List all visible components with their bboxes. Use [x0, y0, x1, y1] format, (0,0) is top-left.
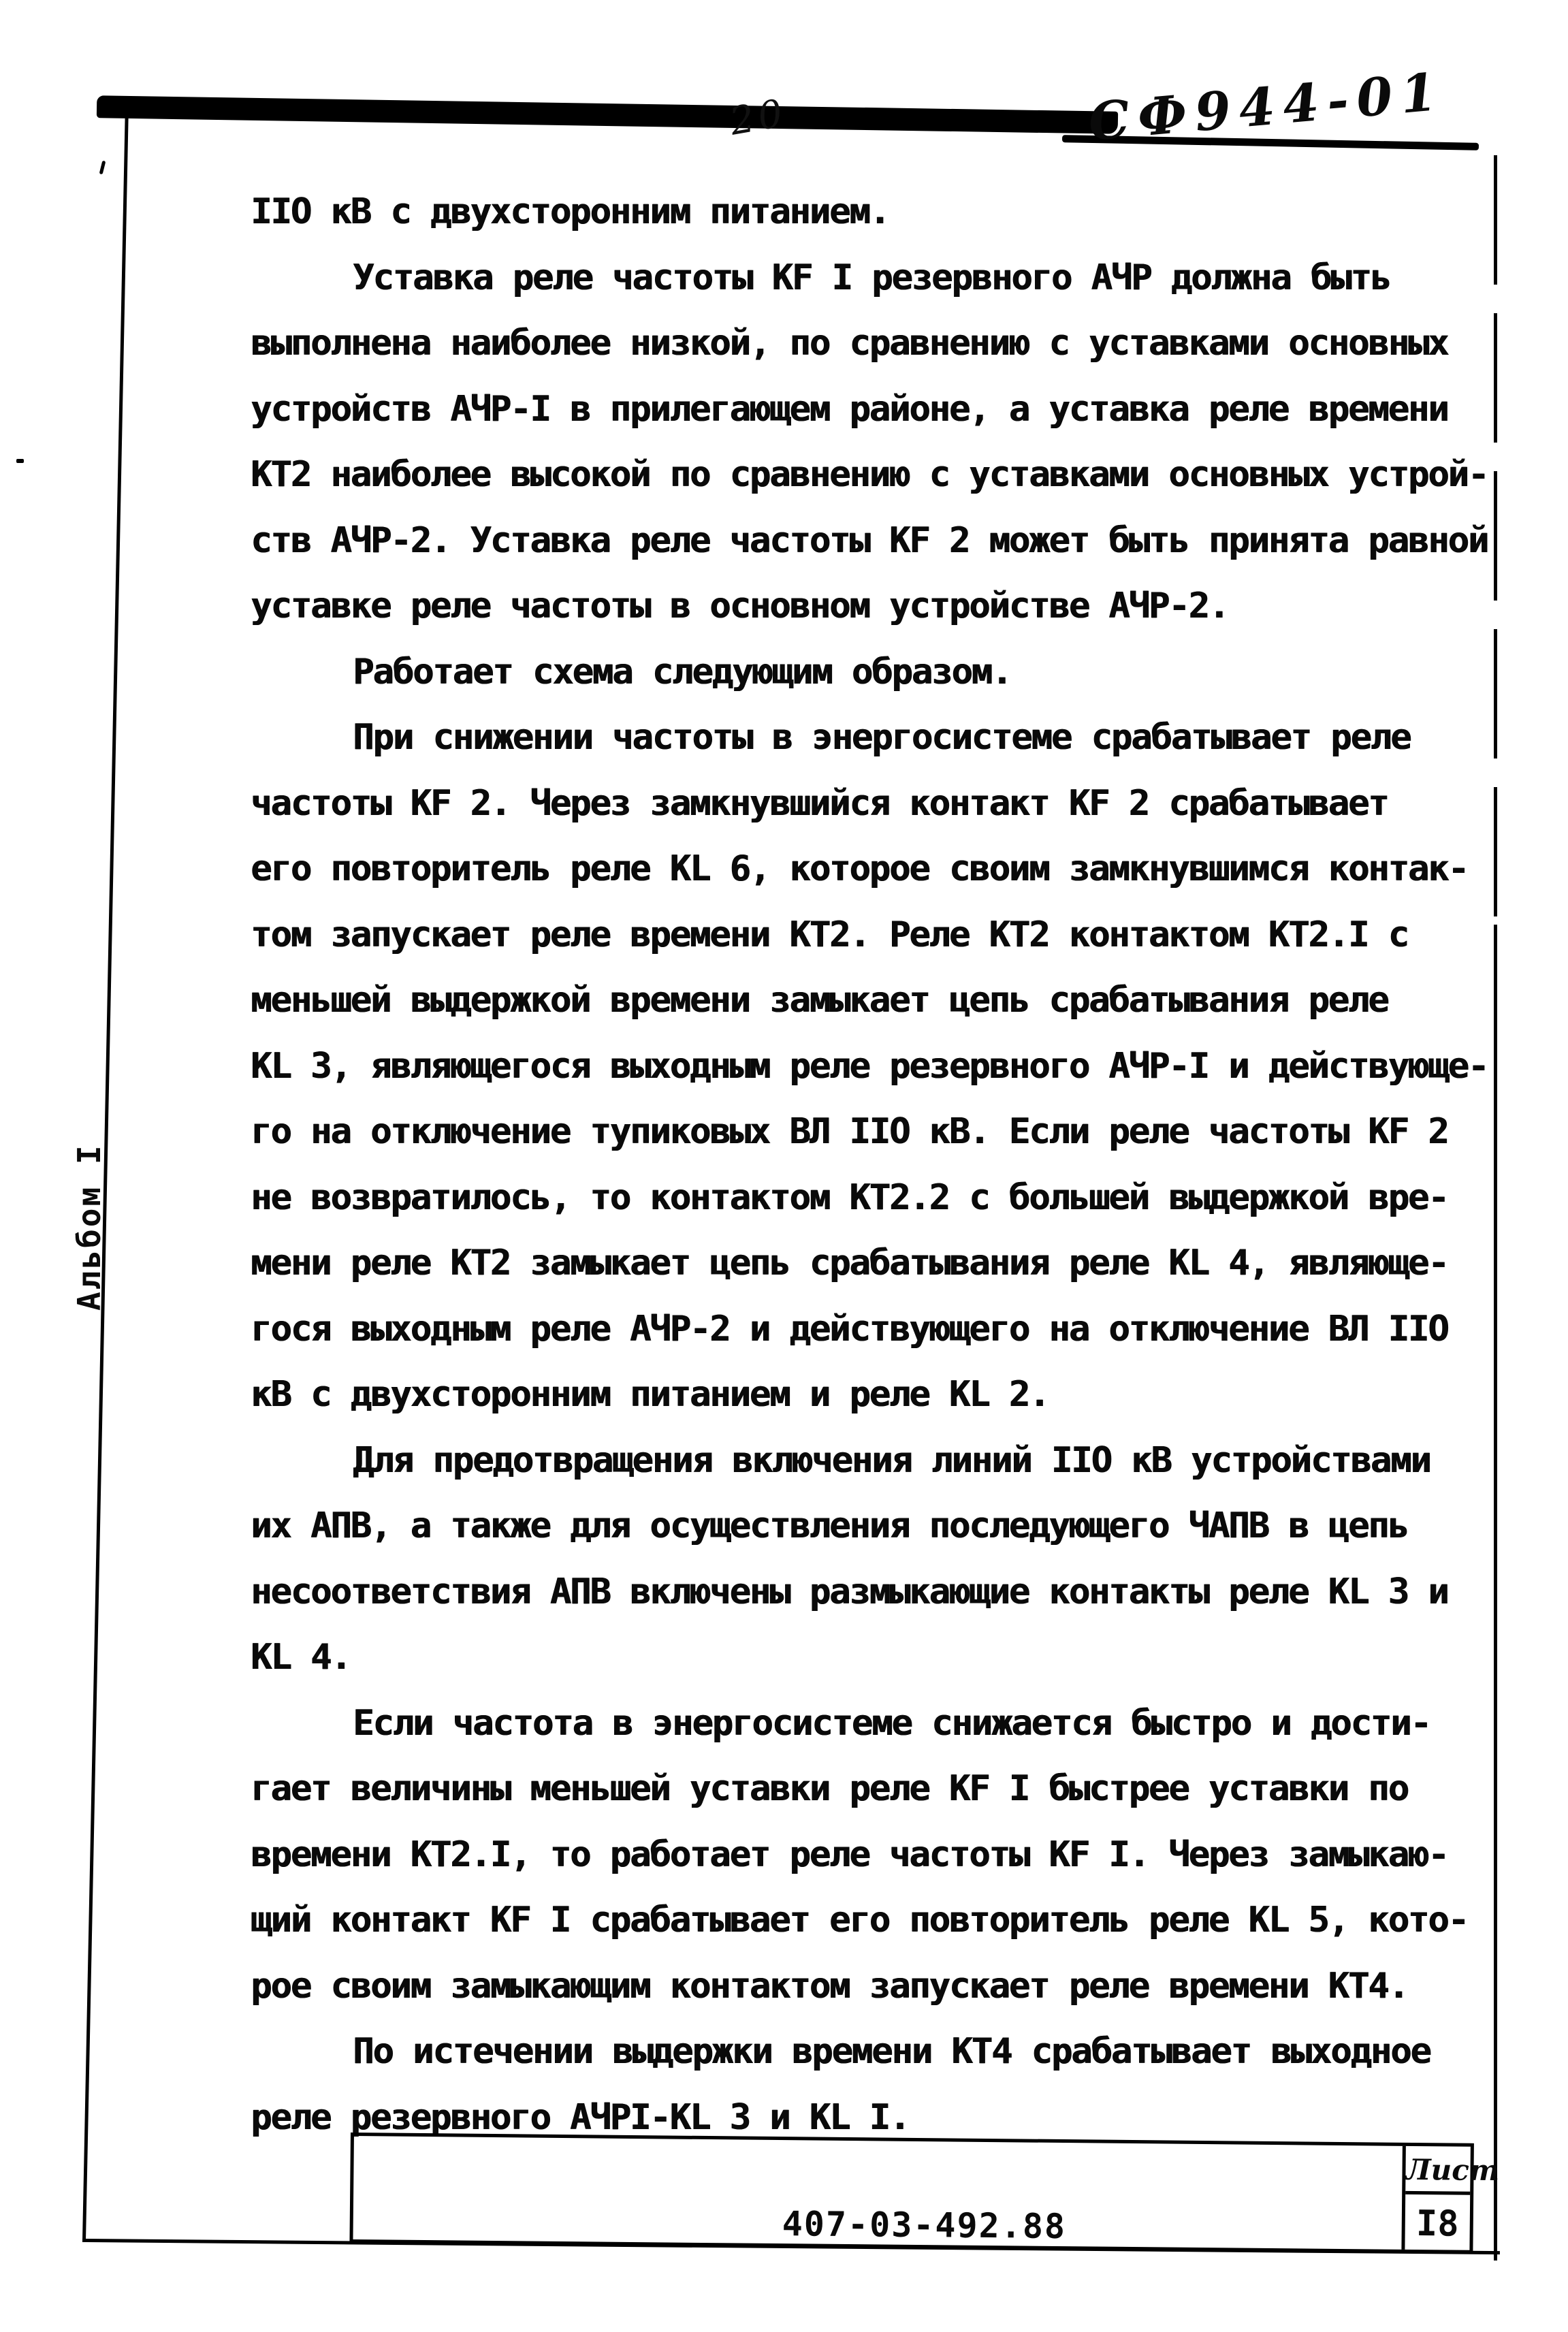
- text-line: КТ2 наиболее высокой по сравнению с уста…: [251, 442, 1476, 508]
- text-line: гает величины меньшей уставки реле KF I …: [251, 1756, 1476, 1822]
- text-line: го на отключение тупиковых ВЛ IIO кВ. Ес…: [251, 1099, 1476, 1165]
- right-border-line-dashed: [1494, 155, 1497, 925]
- album-side-label: Альбом I: [71, 1147, 106, 1311]
- document-text: IIO кВ с двухсторонним питанием.Уставка …: [251, 179, 1476, 2150]
- text-line: кВ с двухсторонним питанием и реле KL 2.: [251, 1362, 1476, 1428]
- text-line: Уставка реле частоты KF I резервного АЧР…: [251, 245, 1476, 311]
- ink-speck: [16, 459, 24, 463]
- text-line: гося выходным реле АЧР-2 и действующего …: [251, 1296, 1476, 1362]
- sheet-number: I8: [1405, 2203, 1470, 2245]
- text-line: Для предотвращения включения линий IIO к…: [251, 1428, 1476, 1494]
- top-scan-band: [97, 95, 1118, 134]
- text-line: щий контакт KF I срабатывает его повтори…: [251, 1887, 1476, 1953]
- text-line: IIO кВ с двухсторонним питанием.: [251, 179, 1476, 245]
- stamp-horizontal-divider: [1405, 2191, 1470, 2195]
- text-line: Работает схема следующим образом.: [251, 639, 1476, 705]
- sheet-label: Лист: [1405, 2153, 1470, 2187]
- text-line: выполнена наиболее низкой, по сравнению …: [251, 310, 1476, 377]
- text-line: По истечении выдержки времени КТ4 срабат…: [251, 2019, 1476, 2085]
- text-line: меньшей выдержкой времени замыкает цепь …: [251, 968, 1476, 1034]
- text-line: рое своим замыкающим контактом запускает…: [251, 1953, 1476, 2019]
- text-line: уставке реле частоты в основном устройст…: [251, 573, 1476, 639]
- text-line: устройств АЧР-I в прилегающем районе, а …: [251, 377, 1476, 443]
- title-block-stamp: 407-03-492.88 Лист I8: [349, 2133, 1473, 2254]
- text-line: ств АЧР-2. Уставка реле частоты KF 2 мож…: [251, 508, 1476, 574]
- handwritten-page-number: 20: [726, 91, 790, 144]
- text-line: том запускает реле времени КТ2. Реле КТ2…: [251, 902, 1476, 968]
- text-line: не возвратилось, то контактом КТ2.2 с бо…: [251, 1165, 1476, 1231]
- text-line: При снижении частоты в энергосистеме сра…: [251, 705, 1476, 771]
- text-line: его повторитель реле KL 6, которое своим…: [251, 836, 1476, 902]
- text-line: Если частота в энергосистеме снижается б…: [251, 1691, 1476, 1757]
- text-line: их АПВ, а также для осуществления послед…: [251, 1493, 1476, 1559]
- text-line: мени реле КТ2 замыкает цепь срабатывания…: [251, 1230, 1476, 1296]
- text-line: частоты KF 2. Через замкнувшийся контакт…: [251, 771, 1476, 837]
- right-border-line: [1494, 925, 1497, 2261]
- text-line: KL 4.: [251, 1625, 1476, 1691]
- text-line: KL 3, являющегося выходным реле резервно…: [251, 1034, 1476, 1100]
- text-line: несоответствия АПВ включены размыкающие …: [251, 1559, 1476, 1625]
- text-line: времени КТ2.I, то работает реле частоты …: [251, 1822, 1476, 1888]
- doc-number: 407-03-492.88: [782, 2204, 1066, 2246]
- ink-speck: [99, 161, 106, 175]
